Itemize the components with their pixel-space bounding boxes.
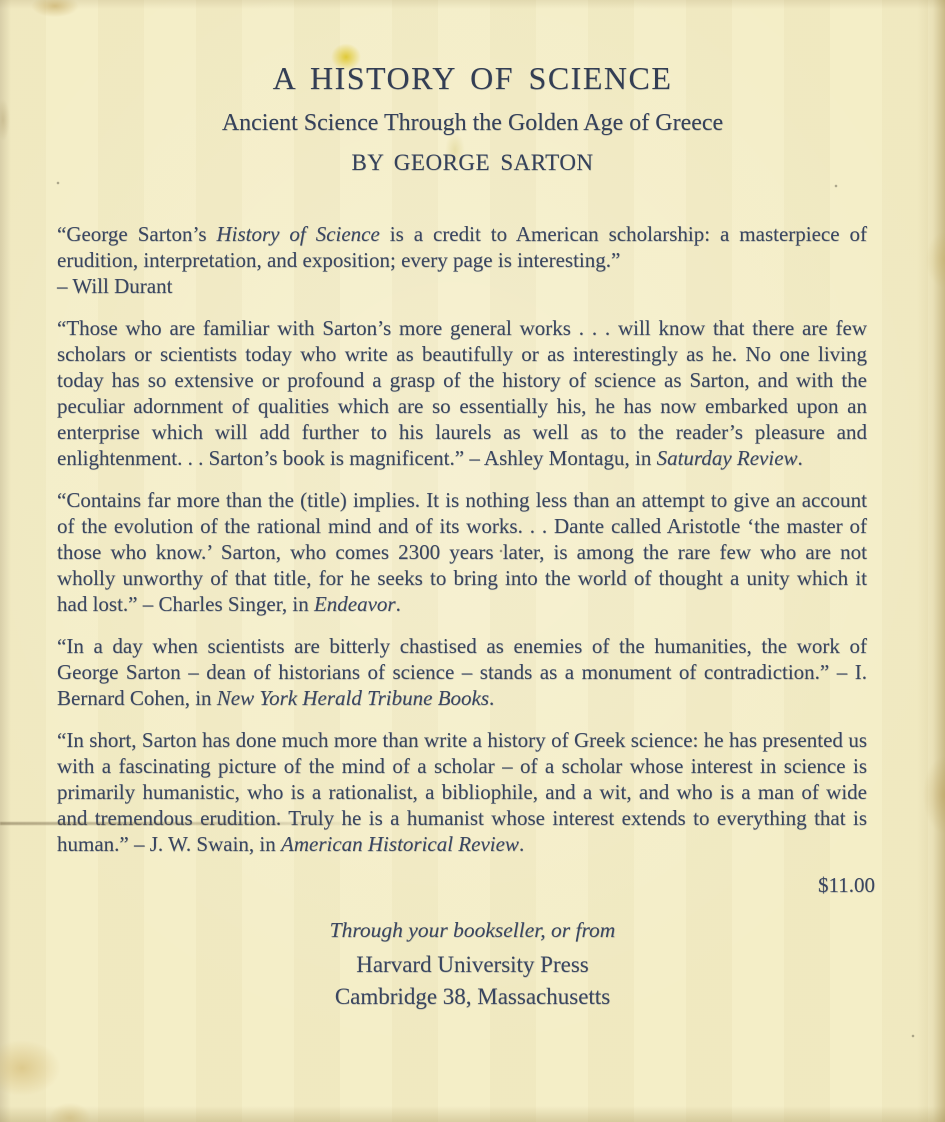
publisher-footer: Through your bookseller, or from Harvard…	[0, 918, 945, 1010]
publication-title-italic: Saturday Review	[657, 446, 798, 470]
order-instruction: Through your bookseller, or from	[0, 918, 945, 943]
page-subtitle: Ancient Science Through the Golden Age o…	[0, 110, 945, 137]
quote-jw-swain: “In short, Sarton has done much more tha…	[57, 727, 867, 857]
quote-text: “Contains far more than the (title) impl…	[57, 488, 867, 616]
book-title-italic: History of Science	[216, 222, 379, 246]
quote-ashley-montagu: “Those who are familiar with Sarton’s mo…	[57, 315, 867, 471]
quote-text: .	[489, 686, 494, 710]
review-quotes: “George Sarton’s History of Science is a…	[57, 221, 867, 857]
page-title: A HISTORY OF SCIENCE	[0, 60, 945, 97]
quote-text: “George Sarton’s	[57, 222, 216, 246]
publication-title-italic: Endeavor	[314, 592, 396, 616]
quote-text: .	[396, 592, 401, 616]
author-byline: BY GEORGE SARTON	[0, 150, 945, 176]
book-jacket-back-cover: A HISTORY OF SCIENCE Ancient Science Thr…	[0, 0, 945, 1122]
jacket-header: A HISTORY OF SCIENCE Ancient Science Thr…	[0, 0, 945, 176]
paper-crease-mark	[0, 822, 372, 825]
publication-title-italic: American Historical Review	[281, 832, 519, 856]
quote-bernard-cohen: “In a day when scientists are bitterly c…	[57, 633, 867, 711]
quote-text: .	[798, 446, 803, 470]
price: $11.00	[0, 873, 945, 898]
quote-will-durant: “George Sarton’s History of Science is a…	[57, 221, 867, 299]
publisher-address: Cambridge 38, Massachusetts	[0, 984, 945, 1010]
quote-attribution: – Will Durant	[57, 273, 867, 299]
publisher-name: Harvard University Press	[0, 952, 945, 978]
quote-charles-singer: “Contains far more than the (title) impl…	[57, 487, 867, 617]
quote-text: .	[519, 832, 524, 856]
publication-title-italic: New York Herald Tribune Books	[217, 686, 489, 710]
